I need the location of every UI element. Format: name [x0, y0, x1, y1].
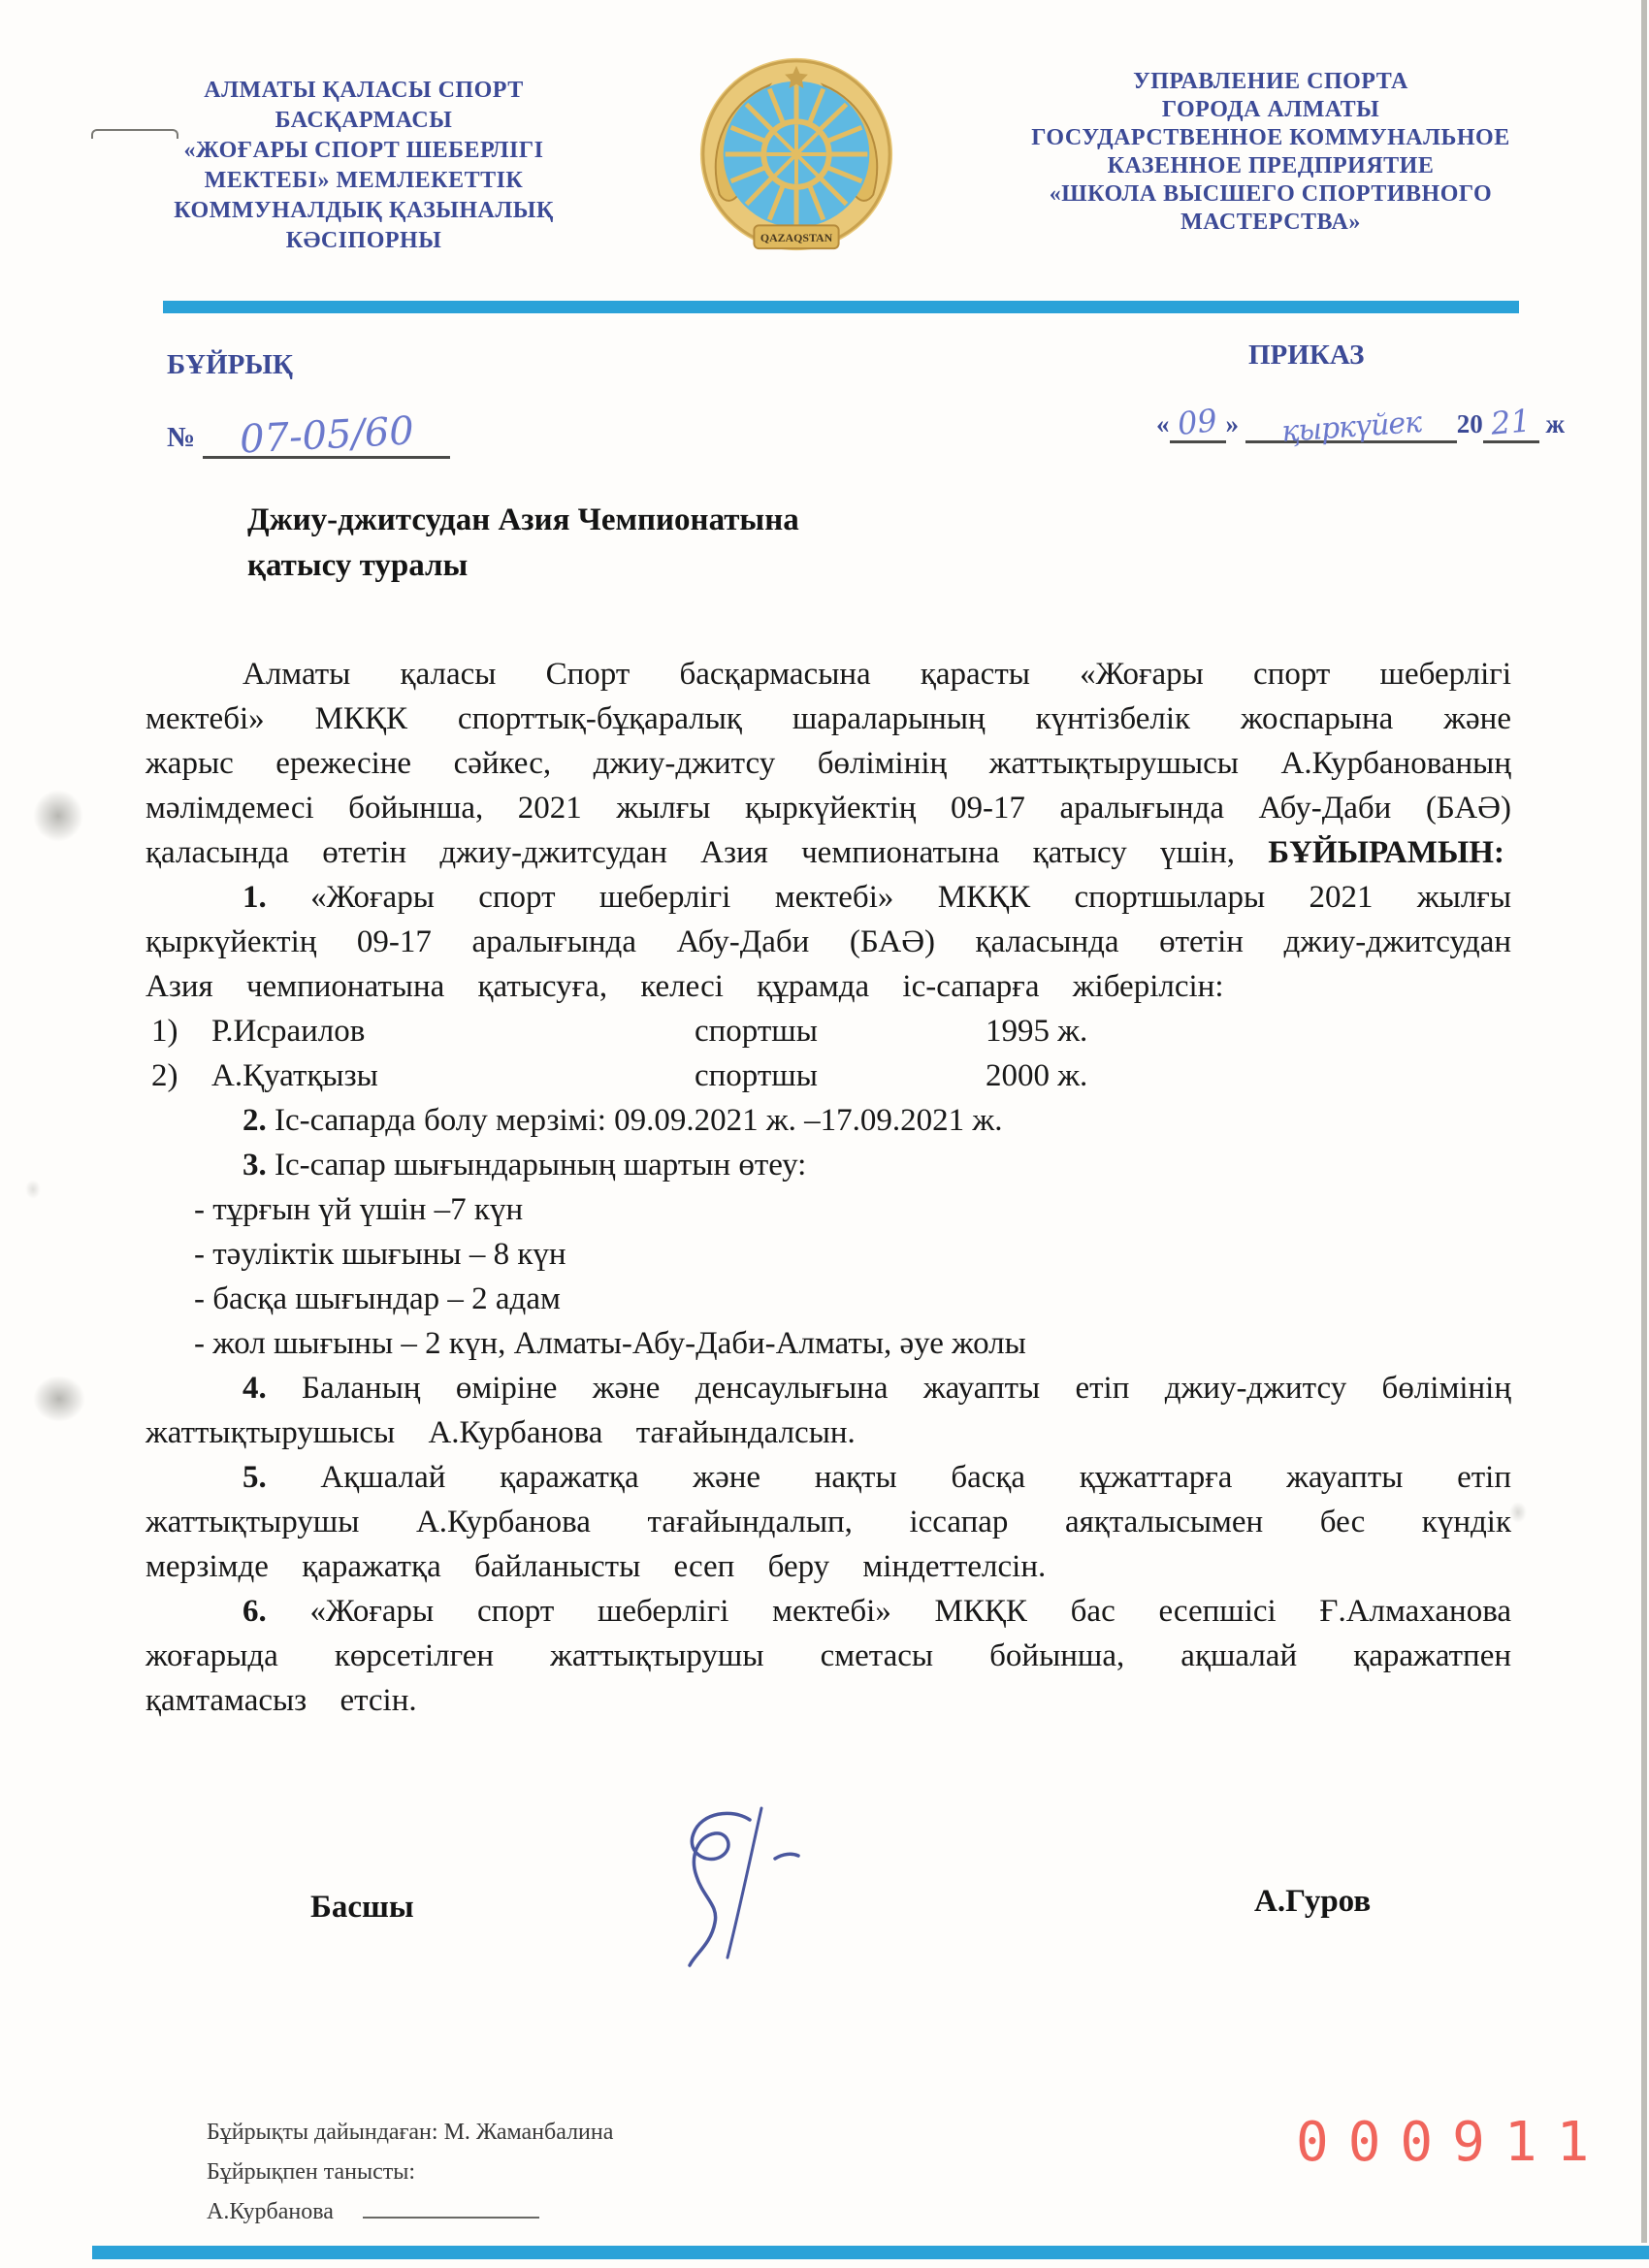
stamp-number: 000911	[1296, 2111, 1608, 2174]
document-title-line: Джиу-джитсудан Азия Чемпионатына	[247, 498, 799, 543]
document-body: Алматы қаласы Спорт басқармасына қарасты…	[145, 652, 1511, 1723]
order-label-kk: БҰЙРЫҚ	[167, 349, 293, 381]
roster-marker: 2)	[145, 1053, 211, 1098]
footer-acquainted-line: А.Курбанова	[207, 2192, 613, 2232]
order-number-handwritten: 07-05/60	[239, 408, 415, 462]
item-4: 4. Баланың өміріне және денсаулығына жау…	[145, 1366, 1511, 1455]
order-date-line: «09» қыркүйек2021 ж	[1156, 404, 1565, 443]
roster-name: А.Қуатқызы	[211, 1053, 695, 1098]
roster-name: Р.Исраилов	[211, 1009, 695, 1053]
roster-row: 2) А.Қуатқызы спортшы 2000 ж.	[145, 1053, 1511, 1098]
number-prefix: №	[167, 422, 195, 453]
header-rule	[163, 301, 1519, 313]
org-name-kk: АЛМАТЫ ҚАЛАСЫ СПОРТ БАСҚАРМАСЫ «ЖОҒАРЫ С…	[97, 76, 630, 256]
item-1-number: 1.	[242, 880, 267, 915]
item-1-text: «Жоғары спорт шеберлігі мектебі» МКҚК сп…	[145, 880, 1511, 1004]
date-close-quote: »	[1226, 409, 1240, 438]
document-title-line: қатысу туралы	[247, 543, 799, 589]
roster-role: спортшы	[695, 1053, 986, 1098]
order-number-line: №07-05/60	[167, 411, 450, 459]
scan-smudge	[25, 1180, 41, 1199]
roster-marker: 1)	[145, 1009, 211, 1053]
kazakhstan-emblem: QAZAQSTAN	[691, 50, 902, 262]
scan-smudge	[33, 1376, 85, 1422]
expense-line: - жол шығыны – 2 күн, Алматы-Абу-Даби-Ал…	[145, 1321, 1511, 1366]
date-month-handwritten: қыркүйек	[1280, 405, 1422, 449]
date-open-quote: «	[1156, 409, 1170, 438]
bottom-rule	[92, 2246, 1649, 2259]
org-kk-line: «ЖОҒАРЫ СПОРТ ШЕБЕРЛІГІ	[97, 136, 630, 166]
item-2: 2. Іс-сапарда болу мерзімі: 09.09.2021 ж…	[145, 1098, 1511, 1143]
order-label-ru: ПРИКАЗ	[1248, 340, 1364, 372]
item-3: 3. Іс-сапар шығындарының шартын өтеу:	[145, 1143, 1511, 1187]
footer-block: Бұйрықты дайындаған: М. Жаманбалина Бұйр…	[207, 2113, 613, 2232]
org-kk-line: АЛМАТЫ ҚАЛАСЫ СПОРТ	[97, 76, 630, 106]
org-ru-line: УПРАВЛЕНИЕ СПОРТА	[958, 68, 1583, 96]
org-ru-line: «ШКОЛА ВЫСШЕГО СПОРТИВНОГО	[958, 180, 1583, 209]
preamble-paragraph: Алматы қаласы Спорт басқармасына қарасты…	[145, 652, 1511, 875]
emblem-shanyrak	[766, 124, 825, 183]
item-4-number: 4.	[242, 1371, 267, 1406]
footer-prepared-by: Бұйрықты дайындаған: М. Жаманбалина	[207, 2113, 613, 2153]
scanned-order-document: АЛМАТЫ ҚАЛАСЫ СПОРТ БАСҚАРМАСЫ «ЖОҒАРЫ С…	[0, 0, 1649, 2268]
item-2-text: Іс-сапарда болу мерзімі: 09.09.2021 ж. –…	[267, 1103, 1003, 1138]
roster-year: 1995 ж.	[986, 1009, 1087, 1053]
item-6: 6. «Жоғары спорт шеберлігі мектебі» МКҚК…	[145, 1589, 1511, 1723]
emblem-caption: QAZAQSTAN	[760, 231, 833, 244]
signature-blank-line	[363, 2217, 539, 2219]
org-ru-line: ГОРОДА АЛМАТЫ	[958, 96, 1583, 124]
footer-acquainted-name: А.Курбанова	[207, 2199, 334, 2224]
expense-line: - тұрғын үй үшін –7 күн	[145, 1187, 1511, 1232]
document-title: Джиу-джитсудан Азия Чемпионатына қатысу …	[247, 498, 799, 589]
item-5: 5. Ақшалай қаражатқа және нақты басқа құ…	[145, 1455, 1511, 1589]
org-name-ru: УПРАВЛЕНИЕ СПОРТА ГОРОДА АЛМАТЫ ГОСУДАРС…	[958, 68, 1583, 237]
item-1: 1. «Жоғары спорт шеберлігі мектебі» МКҚК…	[145, 875, 1511, 1009]
item-2-number: 2.	[242, 1103, 267, 1138]
scan-smudge	[33, 790, 83, 842]
org-kk-line: КӘСІПОРНЫ	[97, 226, 630, 256]
org-ru-line: ГОСУДАРСТВЕННОЕ КОММУНАЛЬНОЕ	[958, 124, 1583, 152]
org-ru-line: КАЗЕННОЕ ПРЕДПРИЯТИЕ	[958, 152, 1583, 180]
date-day-handwritten: 09	[1176, 402, 1218, 442]
footer-acquainted-label: Бұйрықпен танысты:	[207, 2153, 613, 2192]
decree-word: БҰЙЫРАМЫН:	[1268, 835, 1504, 870]
item-4-text: Баланың өміріне және денсаулығына жауапт…	[145, 1371, 1511, 1450]
org-ru-line: МАСТЕРСТВА»	[958, 209, 1583, 237]
scan-smudge	[1509, 1502, 1527, 1523]
signature-scribble	[635, 1806, 858, 1981]
org-kk-line: КОММУНАЛДЫҚ ҚАЗЫНАЛЫҚ	[97, 196, 630, 226]
date-year-handwritten: 21	[1490, 402, 1533, 441]
roster-year: 2000 ж.	[986, 1053, 1087, 1098]
date-century: 20	[1457, 409, 1483, 438]
signature-name: А.Гуров	[1254, 1884, 1371, 1920]
expense-line: - тәуліктік шығыны – 8 күн	[145, 1232, 1511, 1277]
signature-position-label: Басшы	[310, 1890, 414, 1926]
item-5-text: Ақшалай қаражатқа және нақты басқа құжат…	[145, 1460, 1511, 1584]
scan-dash-mark	[91, 129, 178, 139]
roster-row: 1) Р.Исраилов спортшы 1995 ж.	[145, 1009, 1511, 1053]
item-3-number: 3.	[242, 1148, 267, 1183]
roster-role: спортшы	[695, 1009, 986, 1053]
org-kk-line: МЕКТЕБІ» МЕМЛЕКЕТТІК	[97, 166, 630, 196]
item-6-number: 6.	[242, 1594, 267, 1629]
scan-edge-line	[1641, 0, 1647, 2243]
item-3-text: Іс-сапар шығындарының шартын өтеу:	[267, 1148, 807, 1183]
expense-line: - басқа шығындар – 2 адам	[145, 1277, 1511, 1321]
date-suffix: ж	[1546, 409, 1566, 438]
item-5-number: 5.	[242, 1460, 267, 1495]
item-6-text: «Жоғары спорт шеберлігі мектебі» МКҚК ба…	[145, 1594, 1511, 1718]
